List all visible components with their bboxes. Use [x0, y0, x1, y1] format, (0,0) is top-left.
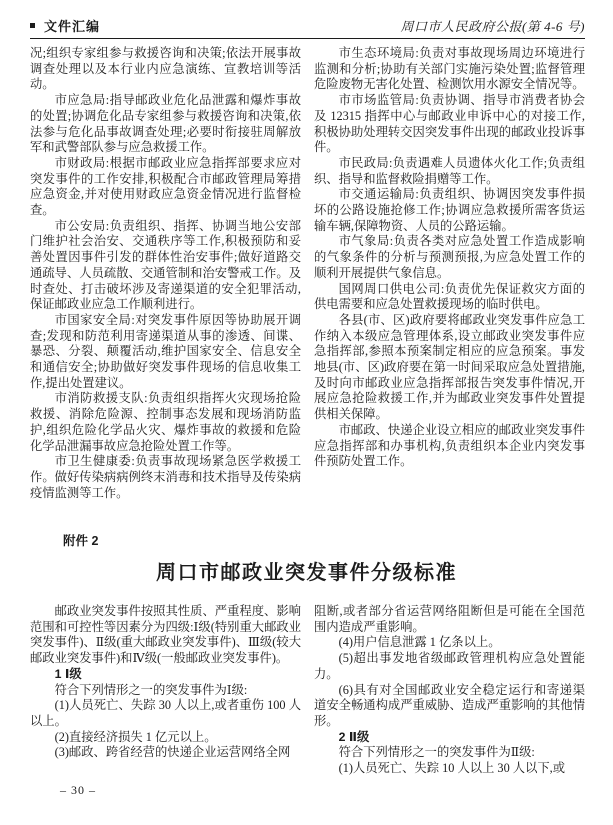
attachment-label: 附件 2 [63, 531, 98, 549]
paragraph: (3)邮政、跨省经营的快递企业运营网络全网 [30, 745, 301, 761]
paragraph: (1)人员死亡、失踪 10 人以上 30 人以下,或 [314, 761, 585, 777]
gazette-page: 文件汇编 周口市人民政府公报(第 4-6 号) 况;组织专家组参与救援咨询和决策… [0, 0, 613, 825]
paragraph: (2)直接经济损失 1 亿元以上。 [30, 730, 301, 746]
paragraph: 邮政业突发事件按照其性质、严重程度、影响范围和可控性等因素分为四级:Ⅰ级(特别重… [30, 604, 301, 667]
paragraph: 市公安局:负责组织、指挥、协调当地公安部门维护社会治安、交通秩序等工作,积极预防… [30, 219, 301, 313]
paragraph: 况;组织专家组参与救援咨询和决策;依法开展事故调查处理以及本行业内应急演练、宣教… [30, 46, 301, 93]
paragraph: (4)用户信息泄露 1 亿条以上。 [314, 635, 585, 651]
square-marker-icon [30, 23, 35, 28]
document-title: 周口市邮政业突发事件分级标准 [0, 556, 613, 585]
responsibilities-left-column: 况;组织专家组参与救援咨询和决策;依法开展事故调查处理以及本行业内应急演练、宣教… [30, 46, 301, 501]
paragraph: (5)超出事发地省级邮政管理机构应急处置能力。 [314, 651, 585, 682]
paragraph: 市邮政、快递企业设立相应的邮政业突发事件应急指挥部和办事机构,负责组织本企业内突… [314, 423, 585, 470]
paragraph: 市民政局:负责遇难人员遗体火化工作;负责组织、指导和监督救险捐赠等工作。 [314, 156, 585, 187]
responsibilities-section: 况;组织专家组参与救援咨询和决策;依法开展事故调查处理以及本行业内应急演练、宣教… [30, 46, 585, 501]
paragraph: 各县(市、区)政府要将邮政业突发事件应急工作纳入本级应急管理体系,设立邮政业突发… [314, 313, 585, 423]
grading-section: 邮政业突发事件按照其性质、严重程度、影响范围和可控性等因素分为四级:Ⅰ级(特别重… [30, 604, 585, 777]
paragraph: 市卫生健康委:负责事故现场紧急医学救援工作。做好传染病病例终末消毒和技术指导及传… [30, 454, 301, 501]
paragraph: 市应急局:指导邮政业危化品泄露和爆炸事故的处置;协调危化品专家组参与救援咨询和决… [30, 93, 301, 156]
paragraph: 符合下列情形之一的突发事件为Ⅰ级: [30, 683, 301, 699]
grading-right-column: 阻断,或者部分省运营网络阻断但是可能在全国范围内造成严重影响。(4)用户信息泄露… [314, 604, 585, 777]
header-left: 文件汇编 [30, 16, 100, 35]
paragraph: 符合下列情形之一的突发事件为Ⅱ级: [314, 745, 585, 761]
paragraph: 市生态环境局:负责对事故现场周边环境进行监测和分析;协助有关部门实施污染处置;监… [314, 46, 585, 93]
level-heading: 1 Ⅰ级 [30, 667, 301, 683]
level-heading: 2 Ⅱ级 [314, 730, 585, 746]
paragraph: 市财政局:根据市邮政业应急指挥部要求应对突发事件的工作安排,积极配合市邮政管理局… [30, 156, 301, 219]
paragraph: (6)具有对全国邮政业安全稳定运行和寄递渠道安全畅通构成严重威胁、造成严重影响的… [314, 683, 585, 730]
grading-left-column: 邮政业突发事件按照其性质、严重程度、影响范围和可控性等因素分为四级:Ⅰ级(特别重… [30, 604, 301, 777]
responsibilities-right-column: 市生态环境局:负责对事故现场周边环境进行监测和分析;协助有关部门实施污染处置;监… [314, 46, 585, 501]
paragraph: 市气象局:负责各类对应急处置工作造成影响的气象条件的分析与预测预报,为应急处置工… [314, 234, 585, 281]
page-number: – 30 – [60, 783, 96, 798]
header-gazette-title: 周口市人民政府公报(第 4-6 号) [401, 16, 586, 35]
paragraph: 阻断,或者部分省运营网络阻断但是可能在全国范围内造成严重影响。 [314, 604, 585, 635]
paragraph: 市交通运输局:负责组织、协调因突发事件损坏的公路设施抢修工作;协调应急救援所需客… [314, 187, 585, 234]
paragraph: 市国家安全局:对突发事件原因等协助展开调查;发现和防范利用寄递渠道从事的渗透、间… [30, 313, 301, 392]
paragraph: 国网周口供电公司:负责优先保证救灾方面的供电需要和应急处置救援现场的临时供电。 [314, 282, 585, 313]
page-header: 文件汇编 周口市人民政府公报(第 4-6 号) [30, 12, 585, 39]
header-section-label: 文件汇编 [44, 16, 100, 35]
paragraph: 市消防救援支队:负责组织指挥火灾现场抢险救援、消除危险源、控制事态发展和现场消防… [30, 391, 301, 454]
paragraph: 市市场监管局:负责协调、指导市消费者协会及 12315 指挥中心与邮政业申诉中心… [314, 93, 585, 156]
paragraph: (1)人员死亡、失踪 30 人以上,或者重伤 100 人以上。 [30, 698, 301, 729]
